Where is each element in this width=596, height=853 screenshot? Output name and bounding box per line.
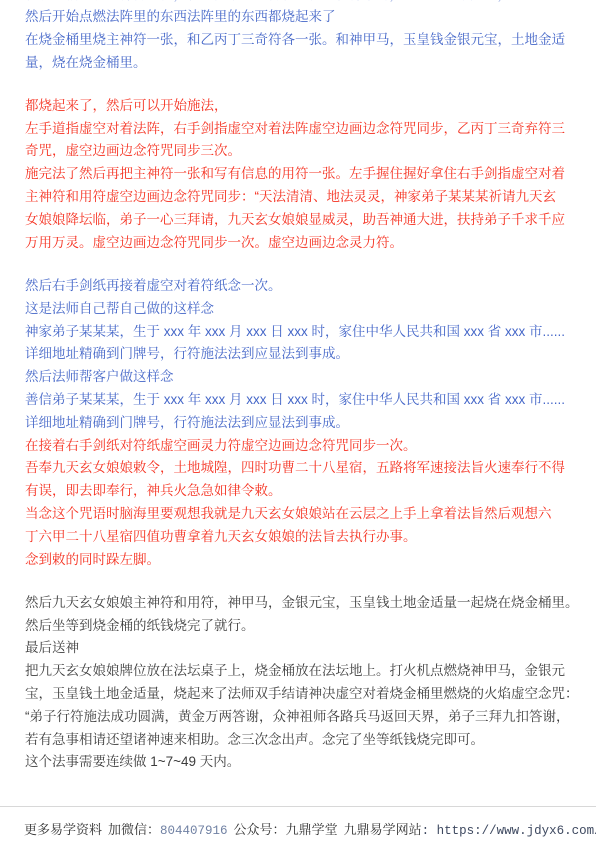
text-line: 善信弟子某某某，生于 xxx 年 xxx 月 xxx 日 xxx 时，家住中华人…: [25, 389, 585, 412]
document-page: 在烧金桶里烧主神符一张，和乙丙丁三奇符各一张。和神甲马，玉皇钱金银元宝，土地金适…: [0, 0, 596, 853]
text-line: 把九天玄女娘娘牌位放在法坛桌子上，烧金桶放在法坛地上。打火机点燃烧神甲马，金银元: [25, 660, 585, 683]
footer-site-colon: :: [422, 824, 437, 838]
text-line: 左手道指虚空对着法阵，右手剑指虚空对着法阵虚空边画边念符咒同步，乙丙丁三奇弃符三: [25, 118, 585, 141]
text-line: 详细地址精确到门牌号，行符施法法到应显法到事成。: [25, 412, 585, 435]
text-line: 神家弟子某某某，生于 xxx 年 xxx 月 xxx 日 xxx 时，家住中华人…: [25, 321, 585, 344]
text-line: 在烧金桶里烧主神符一张，和乙丙丁三奇符各一张。和神甲马，玉皇钱金银元宝，土地金适: [25, 29, 585, 52]
text-line: 奇咒，虚空边画边念符咒同步三次。: [25, 140, 585, 163]
text-line: 量，烧在烧金桶里。: [25, 52, 585, 75]
text-line: 然后九天玄女娘娘主神符和用符，神甲马，金银元宝，玉皇钱土地金适量一起烧在烧金桶里…: [25, 592, 585, 615]
paragraph-recite-blue: 然后右手剑纸再接着虚空对着符纸念一次。这是法师自己帮自己做的这样念神家弟子某某某…: [25, 275, 585, 435]
footer-site-url: https://www.jdyx6.com/: [437, 824, 596, 838]
paragraph-closing-black: 然后九天玄女娘娘主神符和用符，神甲马，金银元宝，玉皇钱土地金适量一起烧在烧金桶里…: [25, 592, 585, 774]
text-line: 施完法了然后再把主神符一张和写有信息的用符一张。左手握住握好拿住右手剑指虚空对着: [25, 163, 585, 186]
paragraph-cast-spell-red: 都烧起来了，然后可以开始施法，左手道指虚空对着法阵，右手剑指虚空对着法阵虚空边画…: [25, 95, 585, 255]
text-line: 念到敕的同时跺左脚。: [25, 549, 585, 572]
text-line: 有误，即去即奉行，神兵火急急如律令敕。: [25, 480, 585, 503]
text-line: 这是法师自己帮自己做的这样念: [25, 298, 585, 321]
text-line: “弟子行符施法成功圆满，黄金万两答谢，众神祖师各路兵马返回天界，弟子三拜九扣答谢…: [25, 706, 585, 729]
footer-site-label: 九鼎易学网站: [344, 822, 422, 837]
text-line: 主神符和用符虚空边画边念符咒同步：“天法清清、地法灵灵，神家弟子某某某祈请九天玄: [25, 186, 585, 209]
text-line: 详细地址精确到门牌号，行符施法法到应显法到事成。: [25, 343, 585, 366]
footer-account-label: 公众号：: [234, 822, 286, 837]
text-line: 在接着右手剑纸对符纸虚空画灵力符虚空边画边念符咒同步一次。: [25, 435, 585, 458]
text-line: 然后开始点燃法阵里的东西法阵里的东西都烧起来了: [25, 6, 585, 29]
footer: 更多易学资料加微信：804407916公众号：九鼎学堂九鼎易学网站: https…: [24, 820, 596, 841]
text-line: 吾奉九天玄女娘娘敕令，土地城隍，四时功曹二十八星宿，五路将军速接法旨火速奉行不得: [25, 457, 585, 480]
footer-wechat-number: 804407916: [160, 824, 228, 838]
footer-wechat-label: 加微信：: [108, 822, 160, 837]
text-line: 丁六甲二十八星宿四值功曹拿着九天玄女娘娘的法旨去执行办事。: [25, 526, 585, 549]
text-line: 最后送神: [25, 637, 585, 660]
text-line: 女娘娘降坛临，弟子一心三拜请，九天玄女娘娘显威灵，助吾神通大进，扶持弟子千求千应: [25, 209, 585, 232]
text-line: 当念这个咒语时脑海里要观想我就是九天玄女娘娘站在云层之上手上拿着法旨然后观想六: [25, 503, 585, 526]
text-line: 万用万灵。虚空边画边念符咒同步一次。虚空边画边念灵力符。: [25, 232, 585, 255]
paragraph-mantra-red: 在接着右手剑纸对符纸虚空画灵力符虚空边画边念符咒同步一次。吾奉九天玄女娘娘敕令，…: [25, 435, 585, 572]
footer-more-info-label: 更多易学资料: [24, 822, 102, 837]
text-line: 宝，玉皇钱土地金适量，烧起来了法师双手结请神决虚空对着烧金桶里燃烧的火焰虚空念咒…: [25, 683, 585, 706]
footer-account-name: 九鼎学堂: [286, 822, 338, 837]
text-line: 这个法事需要连续做 1~7~49 天内。: [25, 751, 585, 774]
text-line: 若有急事相请还望诸神速来相助。念三次念出声。念完了坐等纸钱烧完即可。: [25, 729, 585, 752]
paragraph-burn-intro-blue: 然后开始点燃法阵里的东西法阵里的东西都烧起来了在烧金桶里烧主神符一张，和乙丙丁三…: [25, 6, 585, 74]
text-line: 都烧起来了，然后可以开始施法，: [25, 95, 585, 118]
text-line: 然后法师帮客户做这样念: [25, 366, 585, 389]
text-line: 然后坐等到烧金桶的纸钱烧完了就行。: [25, 615, 585, 638]
footer-divider: [0, 806, 596, 807]
document-body: 然后开始点燃法阵里的东西法阵里的东西都烧起来了在烧金桶里烧主神符一张，和乙丙丁三…: [25, 6, 585, 774]
text-line: 然后右手剑纸再接着虚空对着符纸念一次。: [25, 275, 585, 298]
